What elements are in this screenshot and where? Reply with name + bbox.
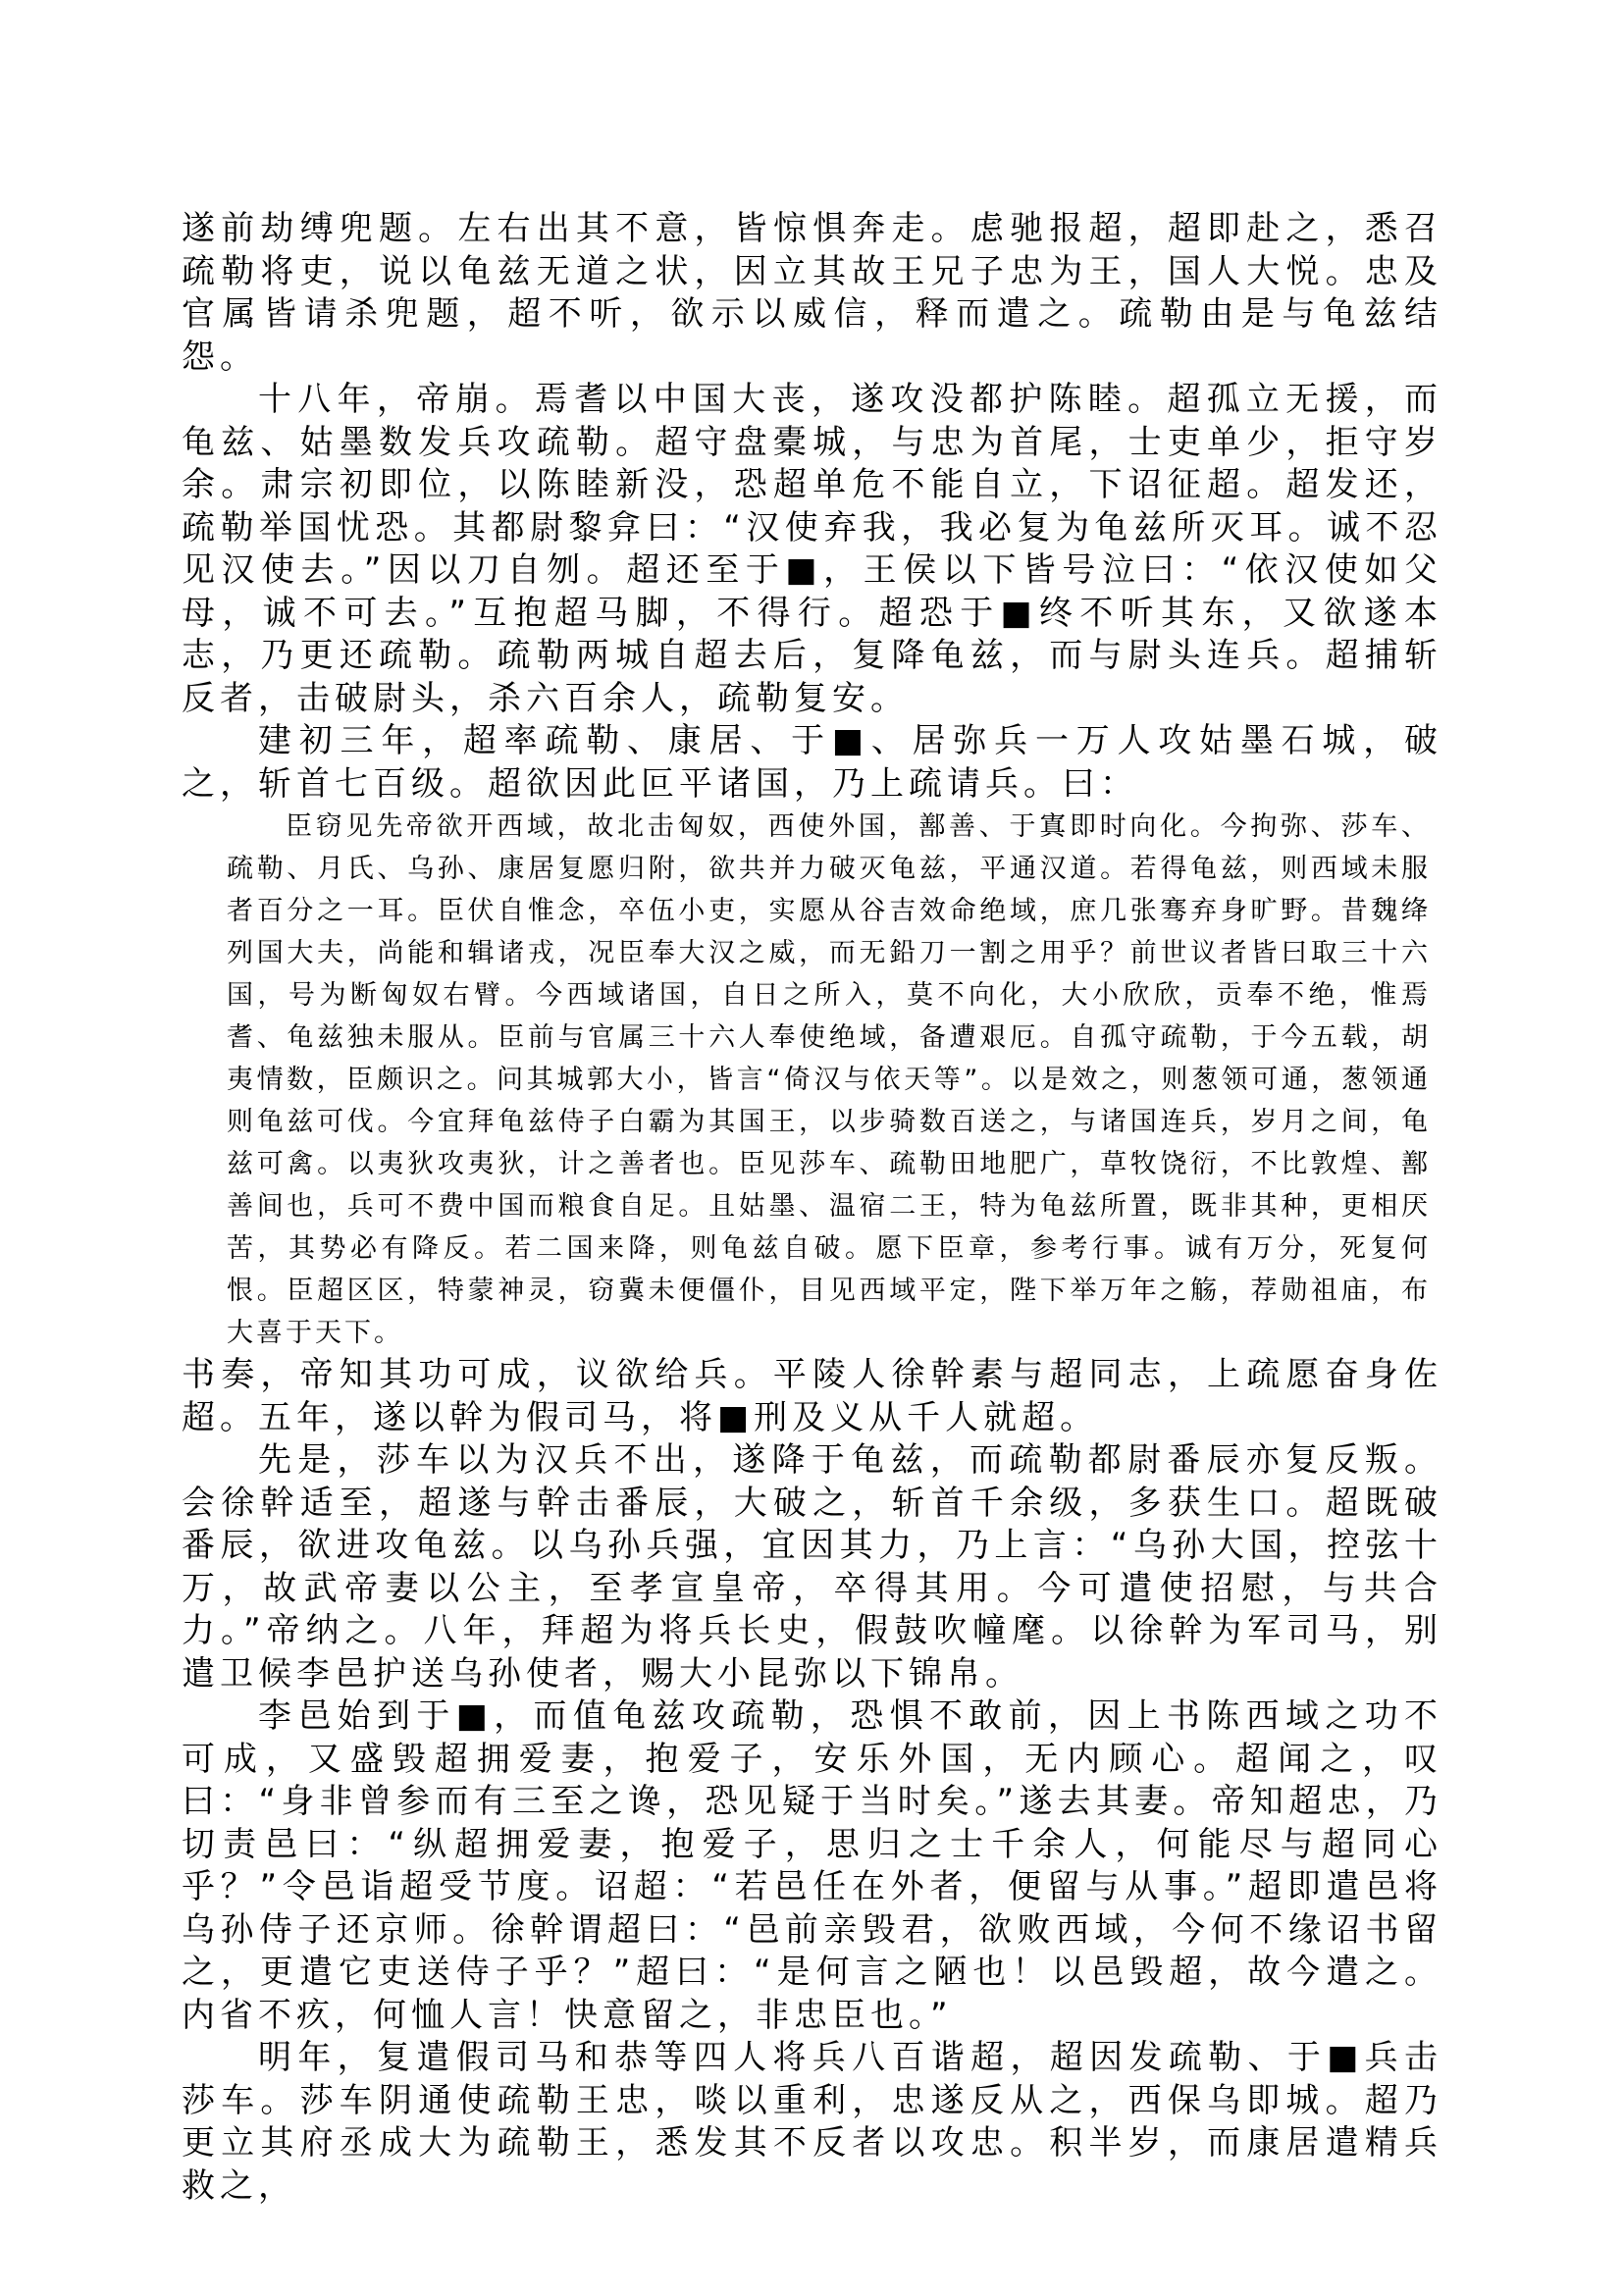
paragraph: 书奏，帝知其功可成，议欲给兵。平陵人徐幹素与超同志，上疏愿奋身佐超。五年，遂以幹… [182,1354,1442,1439]
paragraph: 先是，莎车以为汉兵不出，遂降于龟兹，而疏勒都尉番辰亦复反叛。会徐幹适至，超遂与幹… [182,1439,1442,1695]
paragraph: 建初三年，超率疏勒、康居、于■、居弥兵一万人攻姑墨石城，破之，斩首七百级。超欲因… [182,720,1442,806]
paragraph: 十八年，帝崩。焉耆以中国大丧，遂攻没都护陈睦。超孤立无援，而龟兹、姑墨数发兵攻疏… [182,379,1442,720]
document-page: 遂前劫缚兜题。左右出其不意，皆惊惧奔走。虑驰报超，超即赴之，悉召疏勒将吏，说以龟… [0,0,1624,2294]
paragraph: 遂前劫缚兜题。左右出其不意，皆惊惧奔走。虑驰报超，超即赴之，悉召疏勒将吏，说以龟… [182,208,1442,379]
paragraph: 明年，复遣假司马和恭等四人将兵八百谐超，超因发疏勒、于■兵击莎车。莎车阴通使疏勒… [182,2037,1442,2208]
memorial-quote-block: 臣窃见先帝欲开西域，故北击匈奴，西使外国，鄯善、于寘即时向化。今拘弥、莎车、疏勒… [227,806,1431,1354]
paragraph: 李邑始到于■，而值龟兹攻疏勒，恐惧不敢前，因上书陈西域之功不可成，又盛毁超拥爱妻… [182,1695,1442,2037]
document-body: 遂前劫缚兜题。左右出其不意，皆惊惧奔走。虑驰报超，超即赴之，悉召疏勒将吏，说以龟… [182,208,1442,2208]
